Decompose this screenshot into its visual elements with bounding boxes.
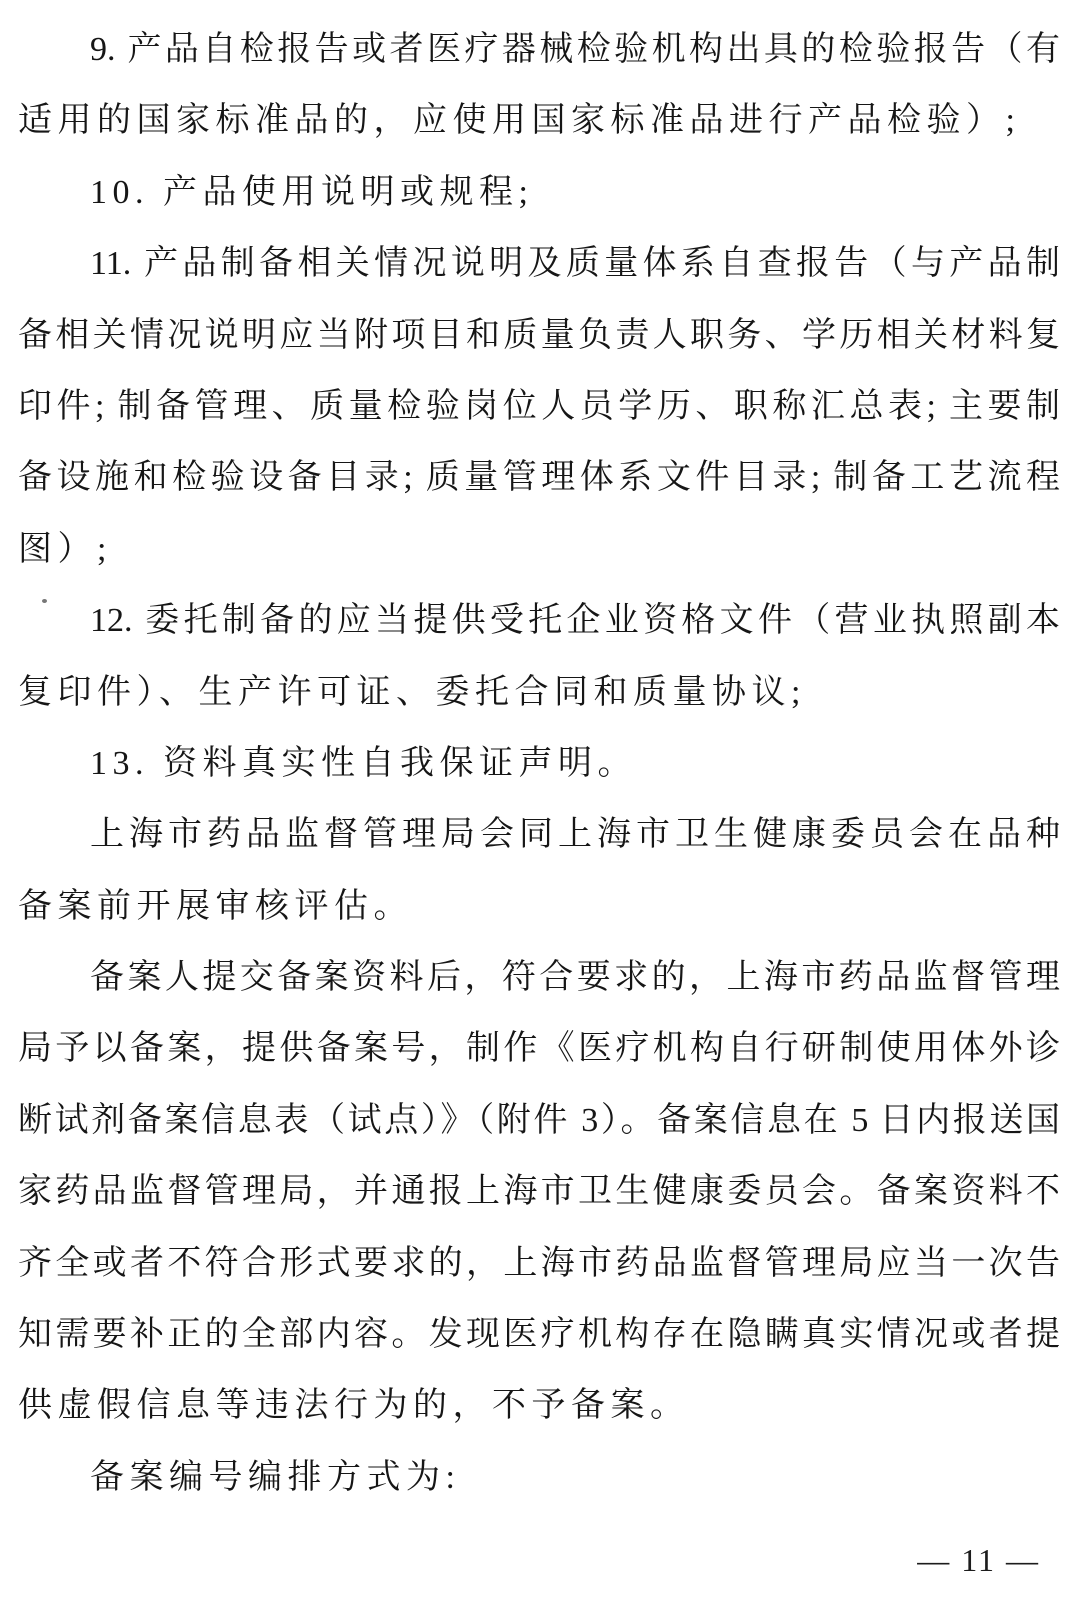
doc-line-item12-2: 复印件）、生产许可证、委托合同和质量协议; [18,657,1060,728]
doc-line-para7-5: 齐全或者不符合形式要求的，上海市药品监督管理局应当一次告 [18,1228,1060,1299]
doc-line-item13: 13. 资料真实性自我保证声明。 [18,728,1060,799]
doc-line-item11-5: 图）; [18,514,1060,585]
doc-line-item11-4: 备设施和检验设备目录; 质量管理体系文件目录; 制备工艺流程 [18,442,1060,513]
doc-line-item9-1: 9. 产品自检报告或者医疗器械检验机构出具的检验报告（有 [18,14,1060,85]
doc-line-para7-4: 家药品监督管理局，并通报上海市卫生健康委员会。备案资料不 [18,1156,1060,1227]
doc-line-para7-6: 知需要补正的全部内容。发现医疗机构存在隐瞒真实情况或者提 [18,1299,1060,1370]
doc-line-item12-1: 12. 委托制备的应当提供受托企业资格文件（营业执照副本 [18,585,1060,656]
doc-line-para6-2: 备案前开展审核评估。 [18,871,1060,942]
doc-line-para6-1: 上海市药品监督管理局会同上海市卫生健康委员会在品种 [18,799,1060,870]
doc-line-para7-2: 局予以备案，提供备案号，制作《医疗机构自行研制使用体外诊 [18,1013,1060,1084]
doc-line-item11-3: 印件; 制备管理、质量检验岗位人员学历、职称汇总表; 主要制 [18,371,1060,442]
doc-line-item9-2: 适用的国家标准品的，应使用国家标准品进行产品检验）; [18,85,1060,156]
document-body: 9. 产品自检报告或者医疗器械检验机构出具的检验报告（有 适用的国家标准品的，应… [18,14,1060,1513]
scan-speck-artifact [42,599,47,603]
doc-line-para8: 备案编号编排方式为: [18,1442,1060,1513]
doc-line-para7-3: 断试剂备案信息表（试点）》（附件 3）。备案信息在 5 日内报送国 [18,1085,1060,1156]
doc-line-item11-1: 11. 产品制备相关情况说明及质量体系自查报告（与产品制 [18,228,1060,299]
doc-line-item10: 10. 产品使用说明或规程; [18,157,1060,228]
doc-line-para7-1: 备案人提交备案资料后，符合要求的，上海市药品监督管理 [18,942,1060,1013]
page-number: — 11 — [917,1540,1040,1580]
doc-line-para7-7: 供虚假信息等违法行为的，不予备案。 [18,1370,1060,1441]
doc-line-item11-2: 备相关情况说明应当附项目和质量负责人职务、学历相关材料复 [18,300,1060,371]
